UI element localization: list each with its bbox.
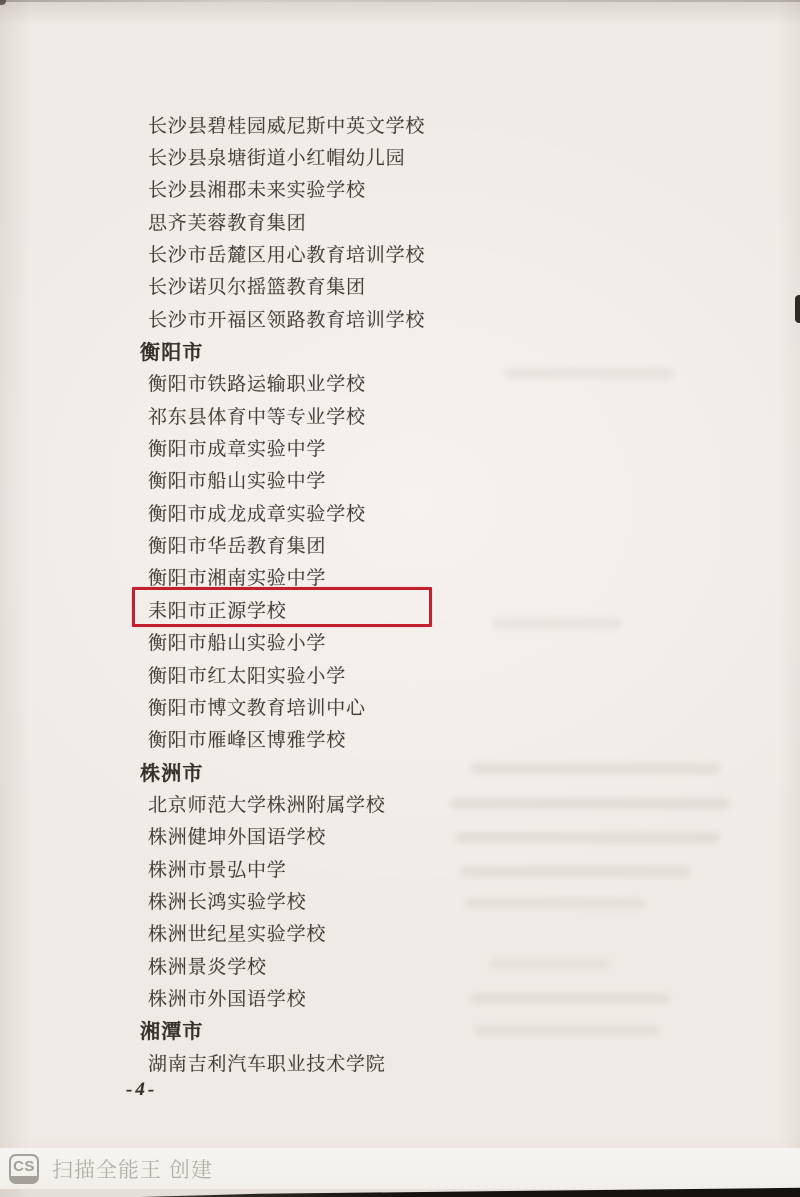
school-entry: 衡阳市船山实验中学 [0,464,800,496]
school-list: 长沙县碧桂园威尼斯中英文学校长沙县泉塘街道小红帽幼儿园长沙县湘郡未来实验学校思齐… [0,108,800,1078]
entry-text: 思齐芙蓉教育集团 [148,208,306,235]
entry-text: 株洲长鸿实验学校 [148,887,306,914]
entry-text: 长沙市岳麓区用心教育培训学校 [148,240,425,267]
school-entry: 株洲世纪星实验学校 [0,917,800,949]
entry-text: 湘潭市 [140,1015,204,1044]
entry-text: 耒阳市正源学校 [148,596,287,623]
entry-text: 长沙县湘郡未来实验学校 [148,175,366,202]
school-entry: 衡阳市红太阳实验小学 [0,658,800,690]
entry-text: 长沙县泉塘街道小红帽幼儿园 [148,143,405,170]
page-number: -4- [126,1079,157,1101]
photo-top-edge-shadow [0,0,800,2]
entry-text: 衡阳市湘南实验中学 [148,563,326,590]
school-entry: 长沙诺贝尔摇篮教育集团 [0,270,800,302]
school-entry: 长沙市开福区领路教育培训学校 [0,302,800,334]
camscanner-logo-icon: CS [9,1154,39,1184]
entry-text: 衡阳市船山实验小学 [148,628,326,655]
entry-text: 衡阳市成章实验中学 [148,434,326,461]
entry-text: 衡阳市雁峰区博雅学校 [148,725,346,752]
school-entry: 株洲长鸿实验学校 [0,884,800,916]
school-entry: 湖南吉利汽车职业技术学院 [0,1046,800,1078]
scanned-document-page: { "document": { "page_number": "-4-", "e… [0,0,800,1197]
school-entry: 祁东县体育中等专业学校 [0,399,800,431]
school-entry: 衡阳市成龙成章实验学校 [0,496,800,528]
school-entry: 株洲市外国语学校 [0,981,800,1013]
entry-text: 衡阳市铁路运输职业学校 [148,369,366,396]
school-entry: 长沙市岳麓区用心教育培训学校 [0,237,800,269]
city-header: 衡阳市 [0,334,800,366]
school-entry: 株洲景炎学校 [0,949,800,981]
entry-text: 衡阳市船山实验中学 [148,466,326,493]
entry-text: 株洲市景弘中学 [148,855,287,882]
school-entry: 衡阳市华岳教育集团 [0,528,800,560]
school-entry: 思齐芙蓉教育集团 [0,205,800,237]
school-entry: 长沙县碧桂园威尼斯中英文学校 [0,108,800,140]
school-entry: 衡阳市博文教育培训中心 [0,690,800,722]
entry-text: 衡阳市成龙成章实验学校 [148,499,366,526]
school-entry: 株洲健坤外国语学校 [0,820,800,852]
school-entry: 北京师范大学株洲附属学校 [0,787,800,819]
school-entry: 长沙县泉塘街道小红帽幼儿园 [0,140,800,172]
school-entry: 衡阳市铁路运输职业学校 [0,367,800,399]
entry-text: 湖南吉利汽车职业技术学院 [148,1049,386,1076]
school-entry: 衡阳市湘南实验中学 [0,561,800,593]
city-header: 湘潭市 [0,1014,800,1046]
school-entry: 株洲市景弘中学 [0,852,800,884]
entry-text: 衡阳市博文教育培训中心 [148,693,366,720]
entry-text: 株洲世纪星实验学校 [148,919,326,946]
entry-text: 祁东县体育中等专业学校 [148,402,366,429]
photo-corner-artifact [0,0,6,5]
entry-text: 北京师范大学株洲附属学校 [148,790,386,817]
entry-text: 衡阳市华岳教育集团 [148,531,326,558]
camscanner-watermark-bar: CS 扫描全能王 创建 [0,1148,800,1189]
entry-text: 长沙县碧桂园威尼斯中英文学校 [148,111,425,138]
entry-text: 株洲市 [140,757,204,786]
entry-text: 衡阳市红太阳实验小学 [148,661,346,688]
school-entry: 衡阳市雁峰区博雅学校 [0,723,800,755]
camscanner-watermark-label: 扫描全能王 创建 [52,1154,213,1184]
entry-text: 株洲健坤外国语学校 [148,822,326,849]
entry-text: 长沙市开福区领路教育培训学校 [148,305,425,332]
entry-text: 株洲市外国语学校 [148,984,306,1011]
city-header: 株洲市 [0,755,800,787]
school-entry: 耒阳市正源学校 [0,593,800,625]
school-entry: 长沙县湘郡未来实验学校 [0,173,800,205]
entry-text: 衡阳市 [140,336,204,365]
school-entry: 衡阳市成章实验中学 [0,431,800,463]
school-entry: 衡阳市船山实验小学 [0,626,800,658]
entry-text: 长沙诺贝尔摇篮教育集团 [148,272,366,299]
entry-text: 株洲景炎学校 [148,952,267,979]
